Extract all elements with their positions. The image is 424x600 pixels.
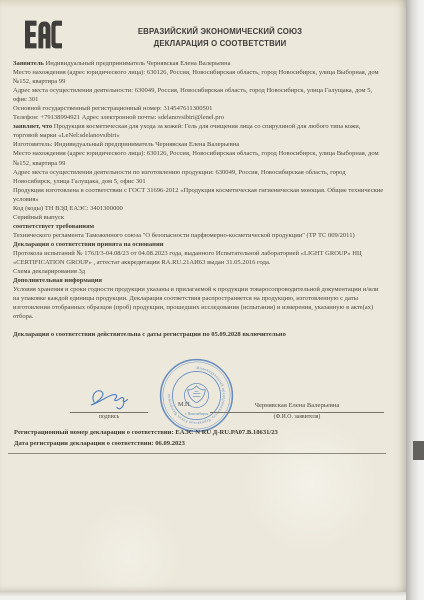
text-line: Адрес места осуществления деятельности п… [13, 168, 385, 186]
signature-line [70, 412, 148, 413]
text-line: Место нахождения (адрес юридического лиц… [13, 149, 385, 167]
declares-value: Продукция косметическая для ухода за кож… [13, 123, 360, 139]
applicant-value: Индивидуальный предприниматель Чернявска… [44, 60, 231, 67]
stamp-city-text: г. Новосибирск [185, 412, 209, 416]
document-header: ЕВРАЗИЙСКИЙ ЭКОНОМИЧЕСКИЙ СОЮЗ ДЕКЛАРАЦИ… [78, 26, 362, 49]
registration-date-line: Дата регистрации декларации о соответств… [14, 439, 396, 450]
text-line: Изготовитель: Индивидуальный предпринима… [13, 140, 385, 149]
validity-statement: Декларация о соответствии действительна … [13, 330, 385, 339]
text-line: Основной государственный регистрационный… [13, 104, 385, 113]
declares-label: заявляет, что [13, 123, 52, 130]
header-union-title: ЕВРАЗИЙСКИЙ ЭКОНОМИЧЕСКИЙ СОЮЗ [78, 26, 362, 38]
text-line: Адрес места осуществления деятельности: … [13, 86, 385, 104]
text-line: Телефон: +79138994921 Адрес электронной … [13, 113, 385, 122]
scan-edge [406, 0, 424, 600]
applicant-heading: Заявитель Индивидуальный предприниматель… [13, 59, 385, 68]
text-line: Технического регламента Таможенного союз… [13, 231, 385, 240]
name-caption: (Ф.И.О. заявителя) [210, 414, 384, 420]
document-body: Заявитель Индивидуальный предприниматель… [13, 59, 385, 339]
text-line: Протокола испытаний № 176Л/3-04.08/23 от… [13, 249, 385, 267]
company-stamp: Индивидуальный предприниматель Чернявска… [158, 357, 235, 434]
text-line: Серийный выпуск [13, 213, 385, 222]
bottom-divider [8, 453, 386, 454]
text-line: Место нахождения (адрес юридического лиц… [13, 68, 385, 86]
header-doc-title: ДЕКЛАРАЦИЯ О СООТВЕТСТВИИ [78, 38, 362, 50]
applicant-label: Заявитель [13, 60, 44, 67]
declares-heading: заявляет, что Продукция косметическая дл… [13, 122, 385, 140]
eac-mark-icon [25, 20, 62, 49]
scan-binder-mark [413, 441, 424, 460]
text-line: Код (коды) ТН ВЭД ЕАЭС: 3401300000 [13, 204, 385, 213]
applicant-name: Чернявская Елена Валерьевна [210, 402, 384, 409]
conformity-heading: соответствует требованиям [13, 222, 385, 231]
signature-caption: подпись [70, 414, 148, 420]
scanned-declaration-page: ЕВРАЗИЙСКИЙ ЭКОНОМИЧЕСКИЙ СОЮЗ ДЕКЛАРАЦИ… [0, 0, 424, 600]
scan-bottom-edge [0, 592, 406, 600]
name-line [210, 412, 384, 413]
basis-heading: Декларация о соответствии принята на осн… [13, 240, 385, 249]
additional-info-heading: Дополнительная информация [13, 276, 385, 285]
text-line: Схема декларирования 3д [13, 267, 385, 276]
registration-footer: Регистрационный номер декларации о соотв… [14, 428, 396, 450]
registration-number-line: Регистрационный номер декларации о соотв… [14, 428, 396, 439]
handwritten-signature [82, 386, 140, 414]
text-line: Продукция изготовлена в соответствии с Г… [13, 186, 385, 204]
text-line: Условия хранения и сроки годности продук… [13, 285, 385, 321]
